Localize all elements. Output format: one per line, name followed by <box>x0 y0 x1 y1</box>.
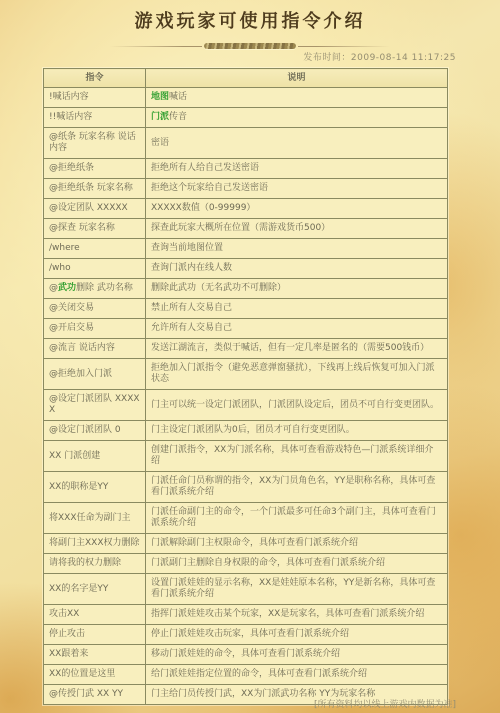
command-cell: @设定门派团队 0 <box>44 421 146 441</box>
table-row: !!喊话内容门派传音 <box>44 108 448 128</box>
footer-note: [所有资料均以线上游戏内数据为准] <box>314 697 456 710</box>
description-cell: 移动门派娃娃的命令，具体可查看门派系统介绍 <box>146 645 448 665</box>
table-row: 请将我的权力删除门派副门主删除自身权限的命令，具体可查看门派系统介绍 <box>44 554 448 574</box>
cell-text: @设定门派团队 XXXXX <box>49 394 140 415</box>
command-cell: @拒绝纸条 <box>44 159 146 179</box>
description-cell: 删除此武功（无名武功不可删除） <box>146 279 448 299</box>
cell-text: !喊话内容 <box>49 92 89 102</box>
cell-text: 请将我的权力删除 <box>49 558 121 568</box>
table-row: 攻击XX指挥门派娃娃攻击某个玩家，XX是玩家名，具体可查看门派系统介绍 <box>44 605 448 625</box>
table-row: @开启交易允许所有人交易自己 <box>44 319 448 339</box>
cell-text: 删除此武功（无名武功不可删除） <box>151 283 286 293</box>
table-header-command: 指令 <box>44 69 146 88</box>
table-row: /who查询门派内在线人数 <box>44 259 448 279</box>
table-row: @拒绝纸条拒绝所有人给自己发送密语 <box>44 159 448 179</box>
command-cell: /who <box>44 259 146 279</box>
publish-time: 发布时间：2009-08-14 11:17:25 <box>303 50 456 63</box>
cell-text: 门派任命副门主的命令，一个门派最多可任命3个副门主，具体可查看门派系统介绍 <box>151 507 436 528</box>
command-cell: 攻击XX <box>44 605 146 625</box>
description-cell: 查询门派内在线人数 <box>146 259 448 279</box>
cell-text: @流言 说话内容 <box>49 343 115 353</box>
cell-text: XX跟着来 <box>49 649 88 659</box>
table-row: /where查询当前地图位置 <box>44 239 448 259</box>
description-cell: 地图喊话 <box>146 88 448 108</box>
table-header-row: 指令 说明 <box>44 69 448 88</box>
cell-text: 探查此玩家大概所在位置（需游戏货币500） <box>151 223 330 233</box>
description-cell: 门派副门主删除自身权限的命令，具体可查看门派系统介绍 <box>146 554 448 574</box>
cell-text: 攻击XX <box>49 609 79 619</box>
table-row: 将XXX任命为副门主门派任命副门主的命令，一个门派最多可任命3个副门主，具体可查… <box>44 503 448 534</box>
cell-text: 允许所有人交易自己 <box>151 323 232 333</box>
table-row: @流言 说话内容发送江湖流言，类似于喊话，但有一定几率是匿名的（需要500钱币） <box>44 339 448 359</box>
description-cell: 允许所有人交易自己 <box>146 319 448 339</box>
page-background: 游戏玩家可使用指令介绍 发布时间：2009-08-14 11:17:25 指令 … <box>0 0 500 713</box>
cell-text: @探查 玩家名称 <box>49 223 115 233</box>
command-cell: @武功删除 武功名称 <box>44 279 146 299</box>
cell-text: 将XXX任命为副门主 <box>49 513 131 523</box>
description-cell: 拒绝这个玩家给自己发送密语 <box>146 179 448 199</box>
cell-text: @纸条 玩家名称 说话内容 <box>49 132 136 153</box>
command-cell: XX的位置是这里 <box>44 665 146 685</box>
description-cell: 创建门派指令，XX为门派名称，具体可查看游戏特色—门派系统详细介绍 <box>146 441 448 472</box>
keyword-text: 地图 <box>151 92 169 102</box>
command-cell: @设定门派团队 XXXXX <box>44 390 146 421</box>
cell-text: 给门派娃娃指定位置的命令，具体可查看门派系统介绍 <box>151 669 367 679</box>
cell-text: @设定门派团队 0 <box>49 425 121 435</box>
description-cell: 查询当前地图位置 <box>146 239 448 259</box>
command-cell: @探查 玩家名称 <box>44 219 146 239</box>
table-row: @设定门派团队 0门主设定门派团队为0后，团员才可自行变更团队。 <box>44 421 448 441</box>
cell-text: 将副门主XXX权力删除 <box>49 538 140 548</box>
cell-text: @关闭交易 <box>49 303 94 313</box>
description-cell: 拒绝加入门派指令（避免恶意弹窗骚扰），下线再上线后恢复可加入门派状态 <box>146 359 448 390</box>
command-cell: !喊话内容 <box>44 88 146 108</box>
cell-text: 传音 <box>169 112 187 122</box>
description-cell: 门主可以统一设定门派团队，门派团队设定后，团员不可自行变更团队。 <box>146 390 448 421</box>
cell-text: 喊话 <box>169 92 187 102</box>
description-cell: 设置门派娃娃的显示名称，XX是娃娃原本名称，YY是新名称，具体可查看门派系统介绍 <box>146 574 448 605</box>
table-row: @拒绝加入门派拒绝加入门派指令（避免恶意弹窗骚扰），下线再上线后恢复可加入门派状… <box>44 359 448 390</box>
cell-text: XX的名字是YY <box>49 584 108 594</box>
keyword-text: 门派 <box>151 112 169 122</box>
cell-text: 移动门派娃娃的命令，具体可查看门派系统介绍 <box>151 649 340 659</box>
description-cell: 探查此玩家大概所在位置（需游戏货币500） <box>146 219 448 239</box>
cell-text: XX 门派创建 <box>49 451 100 461</box>
command-cell: XX的名字是YY <box>44 574 146 605</box>
cell-text: @拒绝纸条 玩家名称 <box>49 183 133 193</box>
table-row: 将副门主XXX权力删除门派解除副门主权限命令，具体可查看门派系统介绍 <box>44 534 448 554</box>
description-cell: 给门派娃娃指定位置的命令，具体可查看门派系统介绍 <box>146 665 448 685</box>
description-cell: 门主设定门派团队为0后，团员才可自行变更团队。 <box>146 421 448 441</box>
cell-text: /who <box>49 263 71 273</box>
cell-text: 禁止所有人交易自己 <box>151 303 232 313</box>
description-cell: 禁止所有人交易自己 <box>146 299 448 319</box>
cell-text: !!喊话内容 <box>49 112 92 122</box>
command-cell: XX的职称是YY <box>44 472 146 503</box>
command-cell: XX跟着来 <box>44 645 146 665</box>
command-cell: @纸条 玩家名称 说话内容 <box>44 128 146 159</box>
table-row: @探查 玩家名称探查此玩家大概所在位置（需游戏货币500） <box>44 219 448 239</box>
command-cell: XX 门派创建 <box>44 441 146 472</box>
cell-text: XX的位置是这里 <box>49 669 115 679</box>
cell-text: 设置门派娃娃的显示名称，XX是娃娃原本名称，YY是新名称，具体可查看门派系统介绍 <box>151 578 435 599</box>
table-row: XX的名字是YY设置门派娃娃的显示名称，XX是娃娃原本名称，YY是新名称，具体可… <box>44 574 448 605</box>
cell-text: 拒绝所有人给自己发送密语 <box>151 163 259 173</box>
divider-line-left <box>110 46 202 47</box>
cell-text: @传授门武 XX YY <box>49 689 123 699</box>
description-cell: 密语 <box>146 128 448 159</box>
cell-text: 发送江湖流言，类似于喊话，但有一定几率是匿名的（需要500钱币） <box>151 343 429 353</box>
table-row: XX的位置是这里给门派娃娃指定位置的命令，具体可查看门派系统介绍 <box>44 665 448 685</box>
cell-text: 指挥门派娃娃攻击某个玩家，XX是玩家名，具体可查看门派系统介绍 <box>151 609 424 619</box>
cell-text: 密语 <box>151 138 169 148</box>
command-cell: @传授门武 XX YY <box>44 685 146 705</box>
title-divider <box>110 42 390 50</box>
table-row: XX跟着来移动门派娃娃的命令，具体可查看门派系统介绍 <box>44 645 448 665</box>
command-cell: @拒绝纸条 玩家名称 <box>44 179 146 199</box>
command-cell: @设定团队 XXXXX <box>44 199 146 219</box>
description-cell: 停止门派娃娃攻击玩家，具体可查看门派系统介绍 <box>146 625 448 645</box>
command-cell: 将副门主XXX权力删除 <box>44 534 146 554</box>
command-cell: @开启交易 <box>44 319 146 339</box>
cell-text: 门派解除副门主权限命令，具体可查看门派系统介绍 <box>151 538 358 548</box>
cell-text: 门主设定门派团队为0后，团员才可自行变更团队。 <box>151 425 355 435</box>
command-cell: @流言 说话内容 <box>44 339 146 359</box>
description-cell: 门派任命副门主的命令，一个门派最多可任命3个副门主，具体可查看门派系统介绍 <box>146 503 448 534</box>
cell-text: @拒绝加入门派 <box>49 369 112 379</box>
divider-ornament-icon <box>204 43 296 49</box>
table-row: @设定团队 XXXXXXXXXX数值（0-99999） <box>44 199 448 219</box>
description-cell: 发送江湖流言，类似于喊话，但有一定几率是匿名的（需要500钱币） <box>146 339 448 359</box>
table-row: XX的职称是YY门派任命门员称谓的指令，XX为门员角色名，YY是职称名称，具体可… <box>44 472 448 503</box>
description-cell: 门派解除副门主权限命令，具体可查看门派系统介绍 <box>146 534 448 554</box>
cell-text: /where <box>49 243 80 253</box>
cell-text: 查询门派内在线人数 <box>151 263 232 273</box>
table-row: @关闭交易禁止所有人交易自己 <box>44 299 448 319</box>
cell-text: 删除 武功名称 <box>76 283 133 293</box>
cell-text: 拒绝这个玩家给自己发送密语 <box>151 183 268 193</box>
page-title: 游戏玩家可使用指令介绍 <box>0 7 500 33</box>
command-cell: 停止攻击 <box>44 625 146 645</box>
command-table: 指令 说明 !喊话内容地图喊话!!喊话内容门派传音@纸条 玩家名称 说话内容密语… <box>43 68 448 705</box>
command-cell: !!喊话内容 <box>44 108 146 128</box>
cell-text: @开启交易 <box>49 323 94 333</box>
table-header-description: 说明 <box>146 69 448 88</box>
cell-text: 停止攻击 <box>49 629 85 639</box>
cell-text: XXXXX数值（0-99999） <box>151 203 255 213</box>
description-cell: 拒绝所有人给自己发送密语 <box>146 159 448 179</box>
cell-text: 查询当前地图位置 <box>151 243 223 253</box>
description-cell: 门派任命门员称谓的指令，XX为门员角色名，YY是职称名称，具体可查看门派系统介绍 <box>146 472 448 503</box>
cell-text: @设定团队 XXXXX <box>49 203 128 213</box>
keyword-text: 武功 <box>58 283 76 293</box>
command-cell: @关闭交易 <box>44 299 146 319</box>
table-row: XX 门派创建创建门派指令，XX为门派名称，具体可查看游戏特色—门派系统详细介绍 <box>44 441 448 472</box>
cell-text: @拒绝纸条 <box>49 163 94 173</box>
description-cell: XXXXX数值（0-99999） <box>146 199 448 219</box>
cell-text: XX的职称是YY <box>49 482 108 492</box>
command-cell: @拒绝加入门派 <box>44 359 146 390</box>
cell-text: 拒绝加入门派指令（避免恶意弹窗骚扰），下线再上线后恢复可加入门派状态 <box>151 363 435 384</box>
command-table-body: !喊话内容地图喊话!!喊话内容门派传音@纸条 玩家名称 说话内容密语@拒绝纸条拒… <box>44 88 448 705</box>
table-row: @纸条 玩家名称 说话内容密语 <box>44 128 448 159</box>
table-row: @拒绝纸条 玩家名称拒绝这个玩家给自己发送密语 <box>44 179 448 199</box>
cell-text: 创建门派指令，XX为门派名称，具体可查看游戏特色—门派系统详细介绍 <box>151 445 433 466</box>
table-row: 停止攻击停止门派娃娃攻击玩家，具体可查看门派系统介绍 <box>44 625 448 645</box>
command-cell: 请将我的权力删除 <box>44 554 146 574</box>
command-cell: /where <box>44 239 146 259</box>
cell-text: 门派任命门员称谓的指令，XX为门员角色名，YY是职称名称，具体可查看门派系统介绍 <box>151 476 435 497</box>
divider-line-right <box>298 46 390 47</box>
cell-text: 门派副门主删除自身权限的命令，具体可查看门派系统介绍 <box>151 558 385 568</box>
cell-text: 门主可以统一设定门派团队，门派团队设定后，团员不可自行变更团队。 <box>151 400 439 410</box>
command-cell: 将XXX任命为副门主 <box>44 503 146 534</box>
cell-text: 停止门派娃娃攻击玩家，具体可查看门派系统介绍 <box>151 629 349 639</box>
cell-text: @ <box>49 283 58 293</box>
table-row: @武功删除 武功名称删除此武功（无名武功不可删除） <box>44 279 448 299</box>
table-row: !喊话内容地图喊话 <box>44 88 448 108</box>
description-cell: 指挥门派娃娃攻击某个玩家，XX是玩家名，具体可查看门派系统介绍 <box>146 605 448 625</box>
table-row: @设定门派团队 XXXXX门主可以统一设定门派团队，门派团队设定后，团员不可自行… <box>44 390 448 421</box>
description-cell: 门派传音 <box>146 108 448 128</box>
